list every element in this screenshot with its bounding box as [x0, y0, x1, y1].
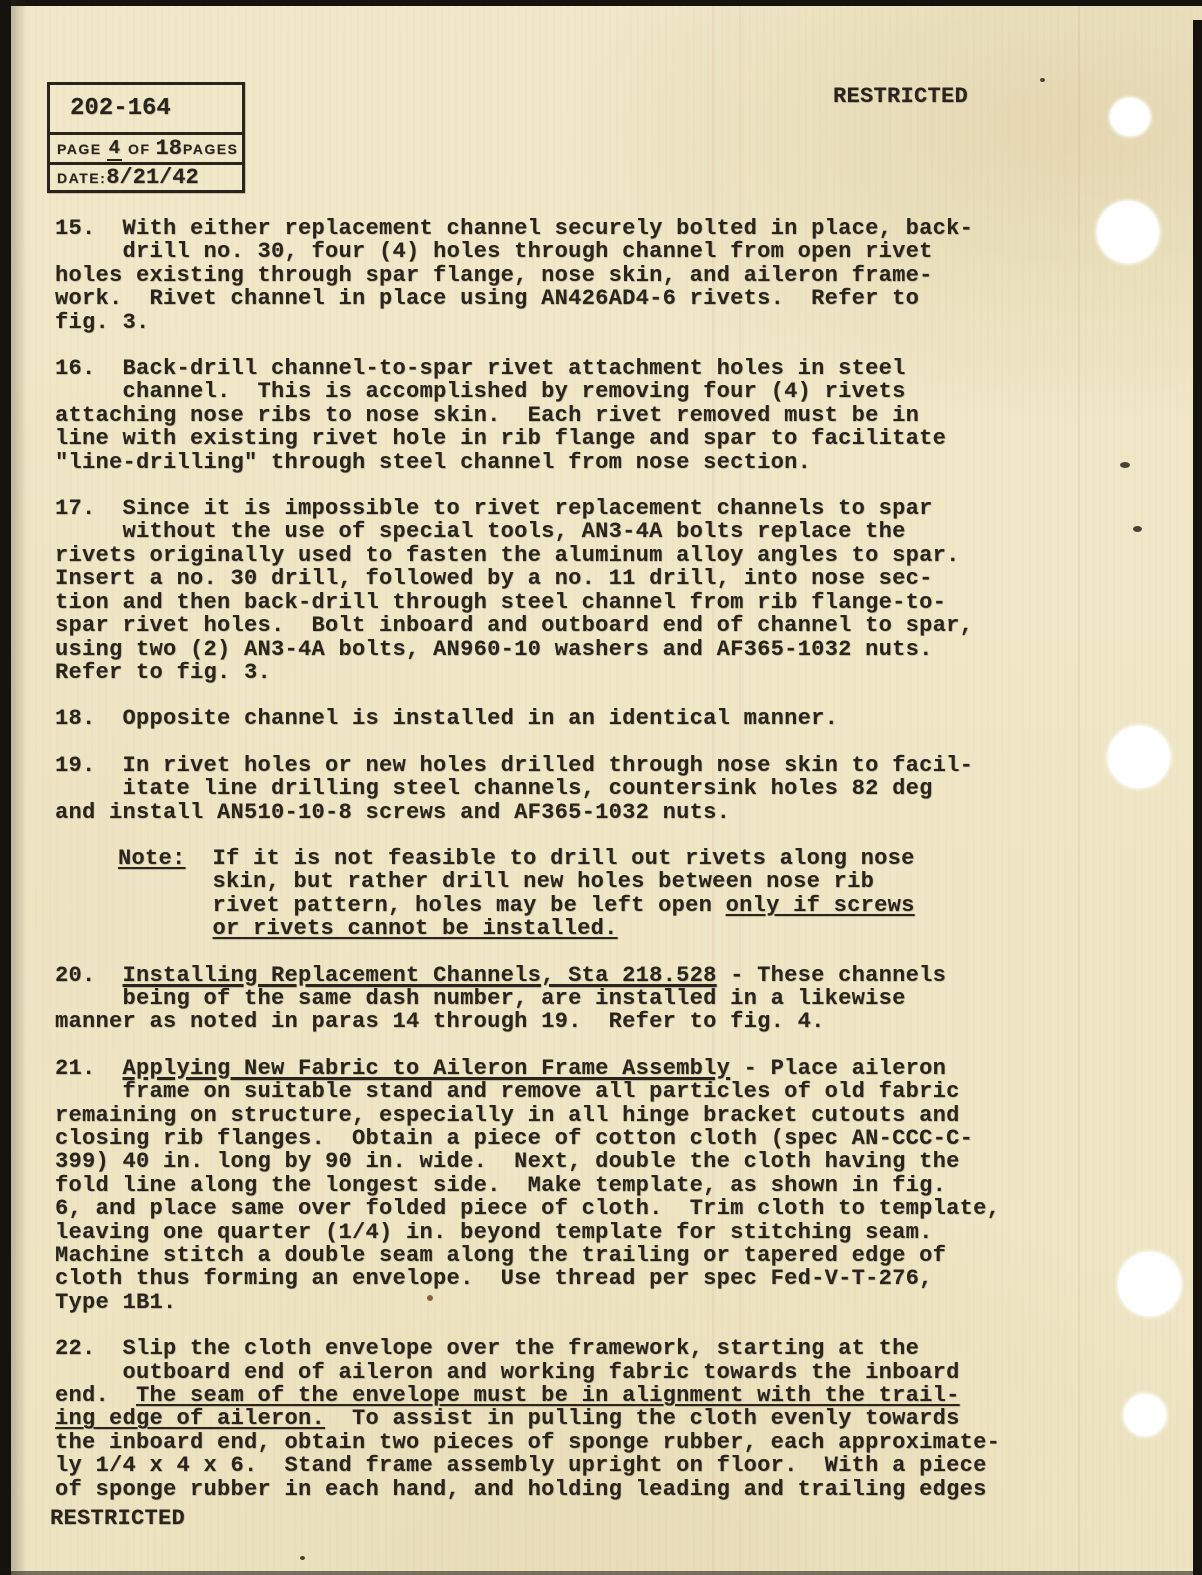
scan-artifact-line: [1078, 0, 1080, 1575]
document-body: 15. With either replacement channel secu…: [55, 217, 1075, 1501]
ink-speck: [300, 1556, 305, 1560]
date-row: DATE: 8/21/42: [50, 165, 242, 190]
punch-hole: [1118, 1252, 1181, 1316]
scan-edge-left: [0, 0, 11, 1575]
punch-hole: [1108, 726, 1170, 788]
scan-edge-left-shadow: [11, 0, 27, 1575]
scan-edge-top: [0, 0, 1202, 6]
paragraph-17: 17. Since it is impossible to rivet repl…: [55, 497, 1075, 684]
paragraph-18: 18. Opposite channel is installed in an …: [55, 707, 1075, 730]
scanned-document-page: RESTRICTED 202-164 PAGE 4 OF 18 PAGES DA…: [0, 0, 1202, 1575]
date-label: DATE:: [57, 170, 106, 186]
punch-hole: [1110, 98, 1150, 136]
classification-marking-top: RESTRICTED: [833, 84, 968, 109]
note-underlined-text: or rivets cannot be installed.: [213, 916, 618, 941]
emphasized-sentence: The seam of the envelope must be in alig…: [136, 1383, 960, 1408]
paragraph-21: 21. Applying New Fabric to Aileron Frame…: [55, 1057, 1075, 1314]
punch-hole: [1097, 201, 1159, 263]
scan-edge-bottom: [0, 1571, 1202, 1575]
note-label: Note:: [118, 846, 186, 871]
paragraph-number: 20.: [55, 963, 123, 988]
paragraph-20: 20. Installing Replacement Channels, Sta…: [55, 964, 1075, 1034]
date-value: 8/21/42: [106, 165, 198, 190]
ink-speck: [1133, 526, 1142, 532]
total-pages-value: 18: [156, 136, 182, 161]
note-underlined-text: only if screws: [726, 893, 915, 918]
note-block: Note: If it is not feasible to drill out…: [118, 847, 1075, 941]
paragraph-15: 15. With either replacement channel secu…: [55, 217, 1075, 334]
page-count-row: PAGE 4 OF 18 PAGES: [50, 135, 242, 165]
section-heading: Applying New Fabric to Aileron Frame Ass…: [123, 1056, 731, 1081]
emphasized-sentence: ing edge of aileron.: [55, 1406, 325, 1431]
scan-edge-right: [1193, 20, 1202, 1575]
classification-marking-bottom: RESTRICTED: [50, 1506, 185, 1531]
ink-speck: [1120, 462, 1130, 468]
paragraph-16: 16. Back-drill channel-to-spar rivet att…: [55, 357, 1075, 474]
ink-speck: [1040, 78, 1045, 82]
document-number: 202-164: [70, 95, 171, 122]
of-label: OF: [128, 141, 150, 157]
pages-label: PAGES: [183, 141, 238, 157]
paragraph-number: 21.: [55, 1056, 123, 1081]
document-number-row: 202-164: [50, 85, 242, 135]
paragraph-19: 19. In rivet holes or new holes drilled …: [55, 754, 1075, 824]
paragraph-22: 22. Slip the cloth envelope over the fra…: [55, 1337, 1075, 1501]
paragraph-text: - Place aileron frame on suitable stand …: [55, 1056, 1000, 1315]
document-id-stamp-box: 202-164 PAGE 4 OF 18 PAGES DATE: 8/21/42: [47, 82, 245, 193]
section-heading: Installing Replacement Channels, Sta 218…: [123, 963, 717, 988]
punch-hole: [1124, 1394, 1166, 1436]
note-text: [118, 916, 213, 941]
page-label: PAGE: [57, 141, 102, 157]
page-number-value: 4: [107, 137, 122, 161]
